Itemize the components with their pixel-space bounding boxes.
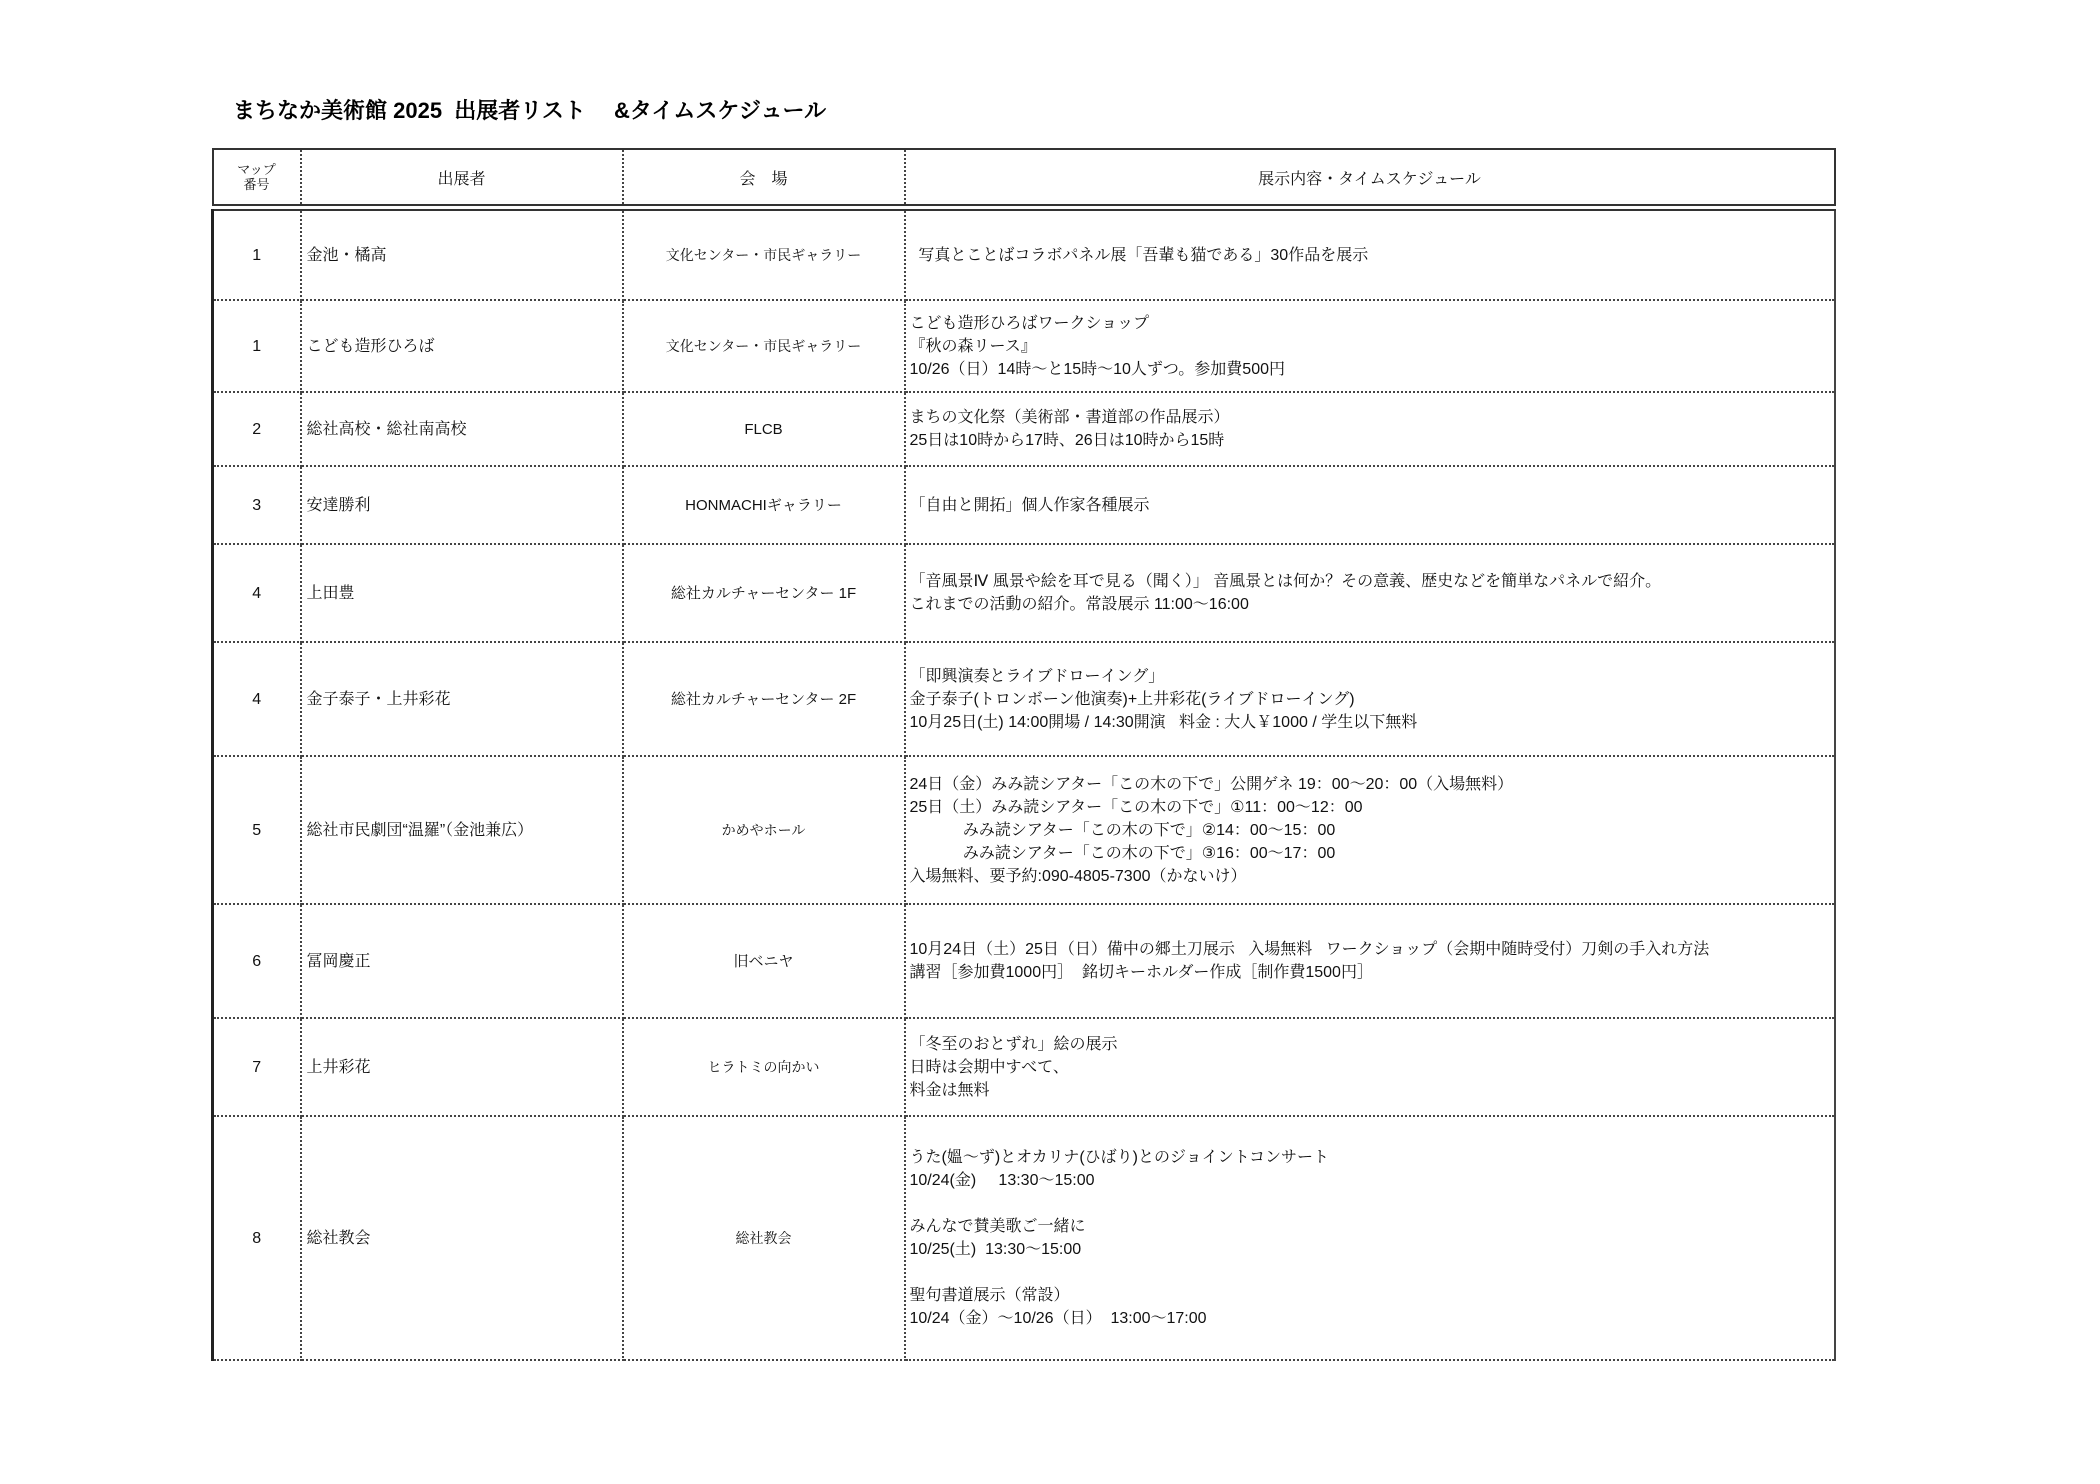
schedule-content-cell: 24日（金）みみ読シアター「この木の下で」公開ゲネ 19：00～20：00（入場… xyxy=(905,756,1835,904)
exhibitor-schedule-table: マップ 番号 出展者 会 場 展示内容・タイムスケジュール 1金池・橘高文化セン… xyxy=(211,148,1836,1361)
map-number-cell: 7 xyxy=(213,1018,301,1116)
schedule-content-line: 25日は10時から17時、26日は10時から15時 xyxy=(910,429,1834,452)
schedule-content-cell: 「自由と開拓」個人作家各種展示 xyxy=(905,466,1835,544)
schedule-content-line: 日時は会期中すべて、 xyxy=(910,1056,1834,1079)
exhibitor-cell: 安達勝利 xyxy=(301,466,623,544)
table-row: 2総社高校・総社南高校FLCBまちの文化祭（美術部・書道部の作品展示）25日は1… xyxy=(213,392,1835,466)
schedule-content-line: 聖句書道展示（常設） xyxy=(910,1284,1834,1307)
table-row: 1こども造形ひろば文化センター・市民ギャラリーこども造形ひろばワークショップ『秋… xyxy=(213,300,1835,392)
schedule-content-line: 写真とことばコラボパネル展「吾輩も猫である」30作品を展示 xyxy=(910,244,1834,267)
venue-cell: 文化センター・市民ギャラリー xyxy=(623,300,905,392)
schedule-content-line: みんなで賛美歌ご一緒に xyxy=(910,1215,1834,1238)
table-row: 8総社教会総社教会うた(媼～ず)とオカリナ(ひばり)とのジョイントコンサート10… xyxy=(213,1116,1835,1360)
schedule-content-cell: まちの文化祭（美術部・書道部の作品展示）25日は10時から17時、26日は10時… xyxy=(905,392,1835,466)
schedule-content-line: 25日（土）みみ読シアター「この木の下で」①11：00～12：00 xyxy=(910,796,1834,819)
table-row: 4上田豊総社カルチャーセンター 1F「音風景Ⅳ 風景や絵を耳で見る（聞く）」 音… xyxy=(213,544,1835,642)
schedule-content-cell: 10月24日（土）25日（日）備中の郷土刀展示 入場無料 ワークショップ（会期中… xyxy=(905,904,1835,1018)
header-map-number-line1: マップ xyxy=(214,162,300,177)
map-number-cell: 1 xyxy=(213,300,301,392)
exhibitor-cell: 冨岡慶正 xyxy=(301,904,623,1018)
schedule-content-line: みみ読シアター「この木の下で」③16：00～17：00 xyxy=(910,842,1834,865)
schedule-content-line: 入場無料、要予約:090-4805-7300（かないけ） xyxy=(910,865,1834,888)
venue-cell: ヒラトミの向かい xyxy=(623,1018,905,1116)
map-number-cell: 2 xyxy=(213,392,301,466)
schedule-content-cell: 「音風景Ⅳ 風景や絵を耳で見る（聞く）」 音風景とは何か？その意義、歴史などを簡… xyxy=(905,544,1835,642)
header-content: 展示内容・タイムスケジュール xyxy=(905,149,1835,205)
schedule-content-line: 講習［参加費1000円］ 銘切キーホルダー作成［制作費1500円］ xyxy=(910,961,1834,984)
header-map-number: マップ 番号 xyxy=(213,149,301,205)
exhibitor-cell: 総社市民劇団“温羅”（金池兼広） xyxy=(301,756,623,904)
schedule-content-line: まちの文化祭（美術部・書道部の作品展示） xyxy=(910,406,1834,429)
schedule-content-cell: 写真とことばコラボパネル展「吾輩も猫である」30作品を展示 xyxy=(905,210,1835,300)
map-number-cell: 5 xyxy=(213,756,301,904)
venue-cell: HONMACHIギャラリー xyxy=(623,466,905,544)
venue-cell: 旧ベニヤ xyxy=(623,904,905,1018)
map-number-cell: 6 xyxy=(213,904,301,1018)
venue-cell: FLCB xyxy=(623,392,905,466)
table-row: 4金子泰子・上井彩花総社カルチャーセンター 2F「即興演奏とライブドローイング」… xyxy=(213,642,1835,756)
schedule-content-line: うた(媼～ず)とオカリナ(ひばり)とのジョイントコンサート xyxy=(910,1146,1834,1169)
table-header-row: マップ 番号 出展者 会 場 展示内容・タイムスケジュール xyxy=(213,149,1835,205)
schedule-content-line: 『秋の森リース』 xyxy=(910,335,1834,358)
exhibitor-cell: 総社教会 xyxy=(301,1116,623,1360)
schedule-content-line: 「自由と開拓」個人作家各種展示 xyxy=(910,494,1834,517)
schedule-content-line: こども造形ひろばワークショップ xyxy=(910,312,1834,335)
schedule-content-line: 10/24(金) 13:30～15:00 xyxy=(910,1169,1834,1192)
venue-cell: かめやホール xyxy=(623,756,905,904)
schedule-content-line: 10月25日(土) 14:00開場 / 14:30開演 料金 : 大人￥1000… xyxy=(910,711,1834,734)
exhibitor-cell: 上田豊 xyxy=(301,544,623,642)
map-number-cell: 1 xyxy=(213,210,301,300)
schedule-content-cell: うた(媼～ず)とオカリナ(ひばり)とのジョイントコンサート10/24(金) 13… xyxy=(905,1116,1835,1360)
exhibitor-cell: こども造形ひろば xyxy=(301,300,623,392)
table-body: 1金池・橘高文化センター・市民ギャラリー 写真とことばコラボパネル展「吾輩も猫で… xyxy=(213,210,1835,1360)
venue-cell: 総社カルチャーセンター 2F xyxy=(623,642,905,756)
schedule-content-line: これまでの活動の紹介。常設展示 11:00～16:00 xyxy=(910,593,1834,616)
exhibitor-cell: 金子泰子・上井彩花 xyxy=(301,642,623,756)
schedule-content-line: 「音風景Ⅳ 風景や絵を耳で見る（聞く）」 音風景とは何か？その意義、歴史などを簡… xyxy=(910,570,1834,593)
schedule-content-line: 「即興演奏とライブドローイング」 xyxy=(910,665,1834,688)
schedule-content-line: 「冬至のおとずれ」絵の展示 xyxy=(910,1033,1834,1056)
schedule-content-cell: 「即興演奏とライブドローイング」金子泰子(トロンボーン他演奏)+上井彩花(ライブ… xyxy=(905,642,1835,756)
map-number-cell: 3 xyxy=(213,466,301,544)
exhibitor-schedule-table-container: マップ 番号 出展者 会 場 展示内容・タイムスケジュール 1金池・橘高文化セン… xyxy=(211,148,1833,1361)
header-exhibitor: 出展者 xyxy=(301,149,623,205)
exhibitor-cell: 上井彩花 xyxy=(301,1018,623,1116)
venue-cell: 文化センター・市民ギャラリー xyxy=(623,210,905,300)
schedule-content-line: みみ読シアター「この木の下で」②14：00～15：00 xyxy=(910,819,1834,842)
schedule-content-cell: こども造形ひろばワークショップ『秋の森リース』10/26（日）14時～と15時～… xyxy=(905,300,1835,392)
schedule-content-line: 24日（金）みみ読シアター「この木の下で」公開ゲネ 19：00～20：00（入場… xyxy=(910,773,1834,796)
schedule-content-cell: 「冬至のおとずれ」絵の展示日時は会期中すべて、料金は無料 xyxy=(905,1018,1835,1116)
table-row: 6冨岡慶正旧ベニヤ10月24日（土）25日（日）備中の郷土刀展示 入場無料 ワー… xyxy=(213,904,1835,1018)
exhibitor-cell: 総社高校・総社南高校 xyxy=(301,392,623,466)
schedule-content-line: 金子泰子(トロンボーン他演奏)+上井彩花(ライブドローイング) xyxy=(910,688,1834,711)
exhibitor-cell: 金池・橘高 xyxy=(301,210,623,300)
map-number-cell: 4 xyxy=(213,544,301,642)
map-number-cell: 8 xyxy=(213,1116,301,1360)
venue-cell: 総社カルチャーセンター 1F xyxy=(623,544,905,642)
schedule-content-line: 10/26（日）14時～と15時～10人ずつ。参加費500円 xyxy=(910,358,1834,381)
header-map-number-line2: 番号 xyxy=(214,177,300,192)
schedule-content-line: 料金は無料 xyxy=(910,1079,1834,1102)
schedule-content-line: 10月24日（土）25日（日）備中の郷土刀展示 入場無料 ワークショップ（会期中… xyxy=(910,938,1834,961)
table-row: 5総社市民劇団“温羅”（金池兼広）かめやホール24日（金）みみ読シアター「この木… xyxy=(213,756,1835,904)
table-row: 3安達勝利HONMACHIギャラリー「自由と開拓」個人作家各種展示 xyxy=(213,466,1835,544)
table-row: 1金池・橘高文化センター・市民ギャラリー 写真とことばコラボパネル展「吾輩も猫で… xyxy=(213,210,1835,300)
table-row: 7上井彩花ヒラトミの向かい「冬至のおとずれ」絵の展示日時は会期中すべて、料金は無… xyxy=(213,1018,1835,1116)
schedule-content-line xyxy=(910,1192,1834,1215)
schedule-content-line xyxy=(910,1261,1834,1284)
map-number-cell: 4 xyxy=(213,642,301,756)
header-venue: 会 場 xyxy=(623,149,905,205)
page-title: まちなか美術館 2025 出展者リスト &タイムスケジュール xyxy=(233,94,826,125)
schedule-content-line: 10/24（金）～10/26（日） 13:00～17:00 xyxy=(910,1307,1834,1330)
venue-cell: 総社教会 xyxy=(623,1116,905,1360)
schedule-content-line: 10/25(土) 13:30～15:00 xyxy=(910,1238,1834,1261)
